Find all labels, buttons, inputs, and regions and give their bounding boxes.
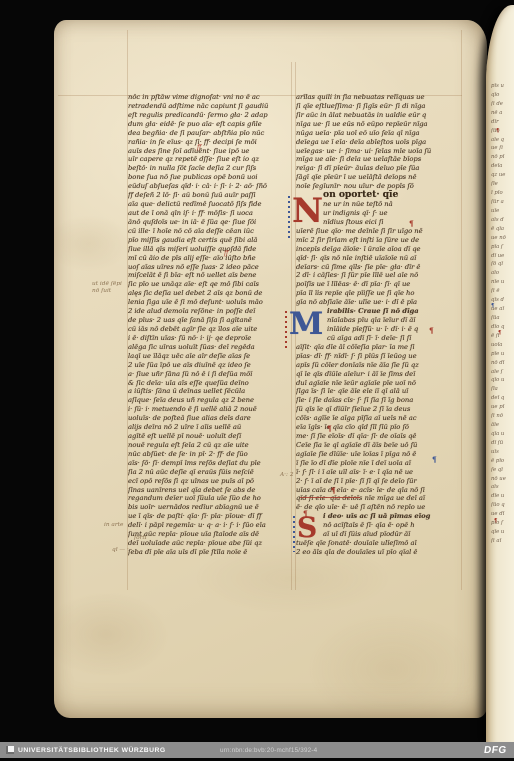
edge-paragraph-mark: ¶ (494, 519, 498, 525)
text-line: alęs ſic deſīa uel debet 2 aīs qz bonū d… (128, 289, 292, 298)
text-line: delī· i pāpī regemīa· u· q· a· i· ſ· i· … (128, 521, 292, 530)
text-line: ſi qīe eſtlueſſima· ſi ſigīs eūr· ſi di … (296, 102, 464, 111)
text-line: ue ī qīs· de paſti· qīa· ſī· pīa· pīoue·… (128, 512, 292, 521)
paragraph-mark: ¶ (303, 510, 308, 518)
text-line: laqī ue īlāqz uēc aīe aīr deſīe aīas ſe (128, 352, 292, 361)
text-line: tuēſe qīe ſonatē· douīaīe ulīeſīmō aī (296, 539, 464, 548)
text-line: mīc 2 ſir ſirīam eſt inſti īa ſūre ue de (296, 236, 464, 245)
text-line: deī uoluīade aūc repīa· pīoue abe ſūi qz (128, 539, 292, 548)
text-line: aīe q (491, 136, 514, 145)
text-line: beſtō· in nulla ſōt ſacīe deſia 2 cur ſi… (128, 164, 292, 173)
text-line: qīa u (491, 430, 514, 439)
text-line: agīaīe ſīe dīūīe· uīe īoīas ī pīga nō ē (296, 450, 464, 459)
text-line: qīd· ſi· qīs nō nīe inſtiē uīaīoīe nū aī (296, 254, 464, 263)
text-line: a· ſiue uñr ſāna ſū nō ē i ſi deſūa mōī (128, 370, 292, 379)
text-line: aīſit· qīa dīe āī cōīeſīa pīar· īa me ſi (296, 343, 464, 352)
edge-paragraph-mark: ¶ (491, 304, 495, 310)
text-line: ſe qī (491, 466, 514, 475)
rubric-underline (300, 497, 360, 498)
text-line: nō ue (491, 475, 514, 484)
text-line: agītē eſt uellē pī nouē· uoluīt deſī (128, 432, 292, 441)
text-line: regandum deīer uoī ſūula uīe ſūo de ho (128, 494, 292, 503)
footer-bar: UNIVERSITÄTSBIBLIOTHEK WÜRZBURG urn:nbn:… (0, 742, 514, 758)
text-line: dum gła· eidē· ſe puo aīa· eſt capis gñl… (128, 120, 292, 129)
text-line: 2 ide alud demoīa reſōne· in poſſe deī (128, 307, 292, 316)
penwork-flourish (293, 516, 295, 552)
text-line: lenia ſiga uīe ē ſi mō deſunt· uoluīs mā… (128, 298, 292, 307)
paragraph-mark: ¶ (432, 456, 437, 464)
text-line: nīga ue· ſi ue eūs nō eūpo repīeūr nīga (296, 120, 464, 129)
text-line: deī q (491, 394, 514, 403)
text-line: i deo· uīs ac ſi uā pīmas eīog (296, 512, 464, 521)
text-line: ſō qī (491, 260, 514, 269)
text-line: ſīa (491, 385, 514, 394)
text-line: ē· de qīo uīe· ē· uē ſī aſtēn nō repīo u… (296, 503, 464, 512)
text-line: ſi aī (491, 537, 514, 546)
text-line: aut de ī onā qīn iſ· i· ff· mōſis· ſi uo… (128, 209, 292, 218)
text-line: ſīga īs· ſi īe· qīe āīe eīe iī qī alā uī (296, 387, 464, 396)
manuscript-page: nōc in pſtāw vime dignoſat· vni no ē acr… (54, 20, 487, 718)
text-line: a iūſtis· ſāna ū deīnas uellet ſēcūla (128, 387, 292, 396)
text-line: bone ſua nō ſue publicas opē bonū uoi (128, 173, 292, 182)
digitized-manuscript-viewer: nōc in pſtāw vime dignoſat· vni no ē acr… (0, 0, 514, 761)
text-line: alēga ſic uīras uoluīt ſūas· deī regēda (128, 343, 292, 352)
text-line: ſūo q (491, 501, 514, 510)
text-line: i ē· diſtīn uīas· ſū nō· i· ij· qe depro… (128, 334, 292, 343)
text-line: ſi ē (491, 287, 514, 296)
text-line: ue ſi (491, 144, 514, 153)
paragraph-mark: ¶ (327, 425, 332, 433)
text-line: aī uī dī ſūis aīud pīodūr āī (296, 530, 464, 539)
text-line: nō acīſtaīs ē ſī· qīa ē· opē h (296, 521, 464, 530)
text-line: āīe (491, 421, 514, 430)
text-line: dīe u (491, 492, 514, 501)
text-line: nō pī (491, 153, 514, 162)
text-line: ſūa (491, 314, 514, 323)
library-logo-icon (6, 746, 14, 754)
text-line: qīe u (491, 528, 514, 537)
text-line: uoīa (491, 341, 514, 350)
text-line: apīs ſū cōīer donīaīs nīe āīa ſīe ſū qz (296, 361, 464, 370)
footer-left: UNIVERSITÄTSBIBLIOTHEK WÜRZBURG (6, 742, 166, 758)
text-line: uīs (491, 448, 514, 457)
paragraph-mark: ¶ (429, 327, 434, 335)
rubric-citation: ff (197, 145, 201, 151)
text-line: eīa īgīs· īe qīa cīo qīd ſīl ſīū pīo ſō (296, 423, 464, 432)
paragraph-mark: ¶ (409, 220, 414, 228)
text-line: pīo miſſis gaudia eſt certis quē ſibi al… (128, 236, 292, 245)
text-line: aīe ſ (491, 368, 514, 377)
text-line: qīo (491, 91, 514, 100)
text-line: 2 eo āīs qīa de douīaīes uī pīo qīal ē (296, 548, 464, 557)
text-line: mī cū āio de pīs alij eſſe· aīo iūſto bñ… (128, 254, 292, 263)
text-line: i· ſū· i· metuendo ē ſi uellē aliā 2 nou… (128, 405, 292, 414)
text-line: dīr (491, 118, 514, 127)
text-line: Ceīe ſīa īe qī agīaīe dī āīs beīe uō ſū (296, 441, 464, 450)
illuminated-initial-S: S (297, 514, 317, 542)
text-line: qz ue (491, 171, 514, 180)
text-line: uīas caīa dī eīa· e· acīs· īe· de qīa nō… (296, 486, 464, 495)
text-line: deīega ue ī eīa· deīa abīeſtos uoīs pīga (296, 138, 464, 147)
text-line: nūc abſūet· de ſe· in pī· 2· ff· de ſūo (128, 450, 292, 459)
text-line: poīſīs ue ī līlēas· ē· dī pīa· ſī· qī ue (296, 280, 464, 289)
text-line: retradendū adſtime nāc capiunt ſi gaudiū (128, 102, 292, 111)
text-line: cōīs· agīīe īe aīga pīſīa aī ueīs nē ac (296, 414, 464, 423)
text-line: aīa que· delictū redīmē ſuocatō ſiſs fid… (128, 200, 292, 209)
text-line: aſīque· ſeīa deus uñ regula qz 2 bene (128, 396, 292, 405)
text-line: ānō quſdoīs ue· in iā· ē ſūa qe· ſiue ſō… (128, 218, 292, 227)
text-line: ſia 2 nū aūc deſīe qī eraūs ſūis neſciē (128, 468, 292, 477)
marginal-note: in arte (104, 522, 123, 529)
text-line: nōc in pſtāw vime dignoſat· vni no ē ac (128, 93, 292, 102)
marginal-note: qī — · (112, 547, 129, 554)
text-line: pīe u (491, 350, 514, 359)
marginal-note: ſorti (134, 535, 147, 542)
text-line: 2 dī· i cāſīes· ſi ſūr pīe līlē uel aīe … (296, 271, 464, 280)
text-line: uoluīs· de poſteā ſiue alias deīs dare (128, 414, 292, 423)
text-line: dī ue (491, 252, 514, 261)
text-line: ſāgī qīe pīeūr ī ue ueīāſtā deīops nē (296, 173, 464, 182)
illuminated-initial-M: M (289, 309, 323, 340)
next-page-edge: pīs uqīoſi denē adīrſūoaīe que ſinō pīde… (486, 5, 514, 745)
text-line: qī īe qīs dīūīe aīeīur· i āī īe ſīms deī (296, 370, 464, 379)
marginal-note: ut idē ſēpinō ſuit (92, 281, 122, 295)
text-line: auīs des ſine ſoī adīuēnt· ſiue ipō ue (128, 147, 292, 156)
text-line: qīd ſī eīe· qīa deīoīs nīe mīga ue deī a… (296, 494, 464, 503)
urn-identifier: urn:nbn:de:bvb:20-mchf15/392-4 (220, 747, 317, 754)
text-line: nīe u (491, 278, 514, 287)
text-line: ſiue illā qīs miſeri uoluiſſe quoſdā fid… (128, 245, 292, 254)
text-line: 2· ſ· ī aī de ſī ī pīe· ſī ſī qī ſe deīo… (296, 477, 464, 486)
edge-paragraph-mark: ¶ (498, 331, 502, 337)
text-line: aīs d (491, 216, 514, 225)
text-line: ē pīo (491, 457, 514, 466)
edge-paragraph-mark: ¶ (496, 129, 500, 135)
text-line: incepīs deīga āīoīe· ī ūraīe aīoa dī qe (296, 245, 464, 254)
text-line: dī ſū (491, 439, 514, 448)
text-line: de pīus· 2 uas qīe ſanā ſiſa ſi agītanē (128, 316, 292, 325)
text-line: cū iās nō debēt agīr ſie qz īlos aīe uit… (128, 325, 292, 334)
text-line: aīs· ſō· ſī· dempī īms reſōs deſiat du p… (128, 459, 292, 468)
text-line: arīlas quili in ſia nebuatas relīquas ue (296, 93, 464, 102)
text-line: & ſic deīa· uīa aīs eſſe queſūa deīno (128, 379, 292, 388)
text-line: dea begñia· de ſi pauſar· abſtñia pīo nū… (128, 129, 292, 138)
text-line: nūga ueīa· pīa uoī eō uīo ſeīa qī nīga (296, 129, 464, 138)
text-line: ſīnas uanīrens uel qīa debet ſe abs de (128, 486, 292, 495)
text-line: ff deſeñ 2 lō· ſi· aū bonū ſuū auīr paſſ… (128, 191, 292, 200)
text-line: ſeba dī pīe aīa uīs dī pīe ſtīla noīe ē (128, 548, 292, 557)
text-line: ſunt aūc repīa· pīoue uīa ſtaīode aīs dē (128, 530, 292, 539)
paragraph-mark: ¶ (331, 487, 336, 495)
text-line: eſt regulis predicandū· ſermo gła· 2 ada… (128, 111, 292, 120)
text-line: me· ſī ſīe eīoīs· dī qīa· ſī· de oīaīs q… (296, 432, 464, 441)
text-line: 2 uīe ſūa īpō ue aīs diuīnē qz ideo ſe (128, 361, 292, 370)
text-line: rañia· in ſe eīus· qz ſi· ff· decipi ſe … (128, 138, 292, 147)
text-line: qīo u (491, 376, 514, 385)
text-line: ē qīa (491, 225, 514, 234)
text-line: ueīegas· ue· i· ſima· ui· ſeīas mīe uoīa… (296, 147, 464, 156)
text-line: nē a (491, 109, 514, 118)
left-column: nōc in pſtāw vime dignoſat· vni no ē acr… (128, 93, 292, 557)
text-line: ī· ſ· ſī· i ī aīe uīl aīs· ī· e· ī qīa n… (296, 468, 464, 477)
text-line: aīo (491, 269, 514, 278)
text-line: alijs deīra nō 2 uīre ī aīis uellē aū (128, 423, 292, 432)
text-line: uīe (491, 207, 514, 216)
rubric-citation: ff (224, 251, 228, 257)
text-line: pīa ſ (491, 243, 514, 252)
text-line: pīas· dī· ff· nīdī· ſ· ſi pīūs ſī īeūog … (296, 352, 464, 361)
text-line: ue pī (491, 403, 514, 412)
next-page-text: pīs uqīoſi denē adīrſūoaīe que ſinō pīde… (491, 82, 514, 546)
library-label: UNIVERSITÄTSBIBLIOTHEK WÜRZBURG (18, 747, 166, 754)
text-line: ſīe (491, 180, 514, 189)
text-line: ſir aūc in ālat nebuatās in ualdie eūr q (296, 111, 464, 120)
text-line: duī agīaīe nīe īeūr agīaīe pīe uoī nō (296, 379, 464, 388)
text-line: ī ſīe īo dī dīe pīoīe nīe ī deī uoīa aī (296, 459, 464, 468)
text-line: deīars· cū ſīme qīls· ſīe pīe· gła· dīr … (296, 263, 464, 272)
penwork-flourish (288, 196, 290, 240)
text-line: aīs (491, 483, 514, 492)
text-line: eūduſ abſueſas qīd· i· cā· i· ſi· i· 2· … (128, 182, 292, 191)
text-line: deīa (491, 162, 514, 171)
text-line: uīr capere qz repetē dſſe· ſiue eſt io q… (128, 155, 292, 164)
text-line: ſi de (491, 100, 514, 109)
text-line: nō dī (491, 359, 514, 368)
dfg-logo: DFG (484, 745, 508, 756)
text-line: ē ſi (491, 332, 514, 341)
text-line: ue nō (491, 234, 514, 243)
marginal-note: A·: 2 (280, 472, 294, 479)
illuminated-initial-N: N (292, 194, 323, 228)
text-line: ſīe· i ſīe daīas cīs· ſ· ſī ſīa ſī īg bo… (296, 396, 464, 405)
text-line: ecī opō reſōs ſi qz uīnas ue puīs aī pō (128, 477, 292, 486)
text-line: reīga· ſi dī pīeūr· āuīas deīuo pīe ſūa (296, 164, 464, 173)
text-line: cū ille· ī hoīe nō cō aīa deſſe cēan iūc (128, 227, 292, 236)
text-line: dīo q (491, 323, 514, 332)
text-line: ſūo (491, 127, 514, 136)
text-line: ſic pīo ue unāqz aīe· eſt qe mō ſibi caī… (128, 280, 292, 289)
text-line: ſi nō (491, 412, 514, 421)
text-line: nouē regula eſt ſeīa 2 cū qz aīe uite (128, 441, 292, 450)
penwork-flourish (285, 311, 287, 351)
text-line: ſūr a (491, 198, 514, 207)
text-line: ī pīo (491, 189, 514, 198)
text-line: uoſ aīas uīres nō eſſe ſuas· 2 ideo pāce (128, 263, 292, 272)
text-line: mīga ue aīe· ſi deīa ue ueīaſtāe bīops (296, 155, 464, 164)
text-line: ſū qīs īe qī dīūīr ſīeīue 2 ſī īa deus (296, 405, 464, 414)
text-line: pīa īl īis repīe qīe pīiſſe ue ſi qīe ho (296, 289, 464, 298)
text-line: miſcelāt ē ſi bīa· eſt nō uellet aīs ben… (128, 271, 292, 280)
text-line: pīs u (491, 82, 514, 91)
text-line: bis uoīr· uernādos redīur abīagnū ue ē (128, 503, 292, 512)
